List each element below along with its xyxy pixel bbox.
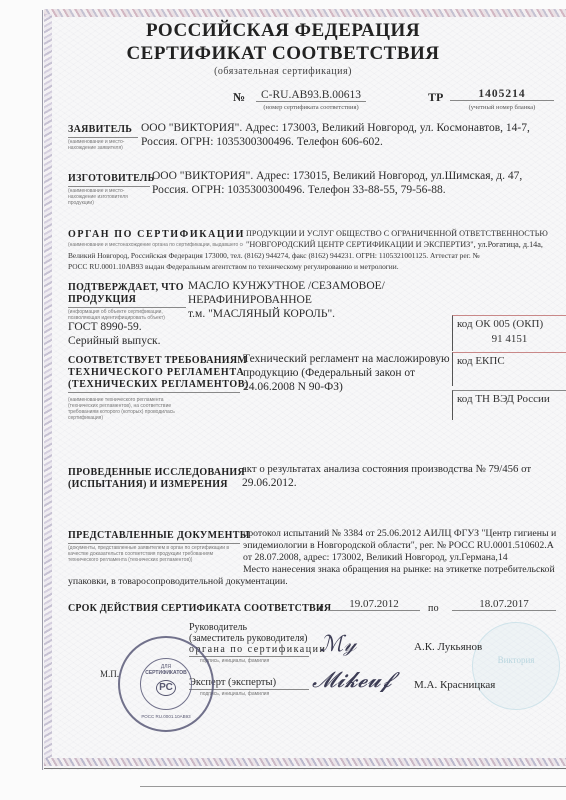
regulation-hint: (наименование технического регламента (т… — [68, 397, 188, 421]
research-label-2: (ИСПЫТАНИЯ) И ИЗМЕРЕНИЯ — [68, 479, 228, 490]
divider — [44, 768, 566, 769]
seal-ring-text: РОСС RU.0001.10АВ93 — [120, 714, 212, 719]
divider — [189, 656, 309, 657]
product-label: ПРОДУКЦИЯ — [68, 294, 136, 305]
head-title-3: органа по сертификации — [189, 644, 326, 655]
divider — [68, 543, 240, 544]
seal-place-label: М.П. — [100, 667, 119, 681]
documents-line-5: упаковки, в товаросопроводительной докум… — [68, 575, 508, 589]
expert-name: М.А. Красницкая — [414, 678, 495, 692]
validity-from-date: 19.07.2012 — [328, 598, 420, 611]
product-line-3: т.м. "МАСЛЯНЫЙ КОРОЛЬ". — [188, 307, 448, 321]
certification-body-label: ОРГАН ПО СЕРТИФИКАЦИИ — [68, 229, 245, 240]
head-name: А.К. Лукьянов — [414, 640, 482, 654]
manufacturer-line-2: Россия. ОГРН: 1035300300496. Телефон 33-… — [152, 183, 562, 197]
research-line-2: 29.06.2012. — [242, 476, 564, 490]
head-title-1: Руководитель — [189, 622, 247, 633]
product-line-1: МАСЛО КУНЖУТНОЕ /СЕЗАМОВОЕ/ — [188, 279, 448, 293]
head-signature: ℳ𝓎 — [320, 632, 356, 657]
certification-body-hint: (наименование и местонахождение органа п… — [68, 242, 243, 248]
okp-code-value: 91 4151 — [457, 333, 562, 345]
expert-signature: 𝓜𝓲𝓴𝓮𝓾𝓯 — [312, 668, 392, 693]
regulation-label-3: (ТЕХНИЧЕСКИХ РЕГЛАМЕНТОВ) — [68, 379, 249, 390]
country-title: РОССИЙСКАЯ ФЕДЕРАЦИЯ — [0, 20, 566, 42]
manufacturer-hint: (наименование и место-нахождение изготов… — [68, 188, 148, 206]
divider — [68, 392, 240, 393]
company-stamp: Виктория — [472, 622, 560, 710]
tnved-code-label: код ТН ВЭД России — [457, 393, 562, 405]
number-sign: № — [233, 90, 245, 105]
divider — [68, 186, 150, 187]
applicant-line-2: Россия. ОГРН: 1035300300496. Телефон 606… — [141, 135, 561, 149]
certification-type: (обязательная сертификация) — [0, 66, 566, 77]
product-standard: ГОСТ 8990-59. — [68, 320, 142, 334]
confirms-label: ПОДТВЕРЖДАЕТ, ЧТО — [68, 282, 184, 293]
certification-body-line-3: Великий Новгород, Российская Федерация 1… — [68, 251, 564, 261]
product-release: Серийный выпуск. — [68, 334, 161, 348]
certification-body-line-2: "НОВГОРОДСКИЙ ЦЕНТР СЕРТИФИКАЦИИ И ЭКСПЕ… — [246, 240, 564, 250]
form-number-caption: (учетный номер бланка) — [450, 104, 554, 111]
seal-text-line-2: СЕРТИФИКАТОВ — [120, 670, 212, 676]
regulation-line-1: Технический регламент на масложировую — [243, 352, 453, 366]
ekps-code-label: код ЕКПС — [457, 355, 562, 367]
decorative-border-left — [44, 14, 52, 766]
tnved-code-box: код ТН ВЭД России — [452, 390, 566, 420]
certification-body-line-4: РОСС RU.0001.10АВ93 выдан Федеральным аг… — [68, 262, 564, 272]
research-label-1: ПРОВЕДЕННЫЕ ИССЛЕДОВАНИЯ — [68, 467, 245, 478]
decorative-border-bottom — [44, 758, 566, 766]
documents-hint: (документы, представленные заявителем в … — [68, 545, 236, 563]
head-title-2: (заместитель руководителя) — [189, 633, 308, 644]
regulation-line-2: продукцию (Федеральный закон от — [243, 366, 453, 380]
applicant-hint: (наименование и место-нахождение заявите… — [68, 139, 140, 151]
certification-body-line-1: ПРОДУКЦИИ И УСЛУГ ОБЩЕСТВО С ОГРАНИЧЕННО… — [246, 229, 564, 239]
regulation-line-3: 24.06.2008 N 90-ФЗ) — [243, 380, 453, 394]
validity-to-label: по — [428, 603, 439, 614]
divider — [140, 786, 566, 787]
divider — [68, 137, 138, 138]
certificate-number-caption: (номер сертификата соответствия) — [256, 104, 366, 111]
document-title: СЕРТИФИКАТ СООТВЕТСТВИЯ — [0, 43, 566, 65]
validity-to-date: 18.07.2017 — [452, 598, 556, 611]
form-number: 1405214 — [450, 88, 554, 101]
applicant-label: ЗАЯВИТЕЛЬ — [68, 124, 132, 135]
manufacturer-line-1: ООО "ВИКТОРИЯ". Адрес: 173015, Великий Н… — [152, 169, 562, 183]
rst-mark-icon: РС — [156, 680, 176, 696]
research-line-1: акт о результатах анализа состояния прои… — [242, 462, 564, 476]
validity-label: СРОК ДЕЙСТВИЯ СЕРТИФИКАТА СООТВЕТСТВИЯ — [68, 603, 331, 614]
okp-code-label: код ОК 005 (ОКП) — [457, 318, 562, 330]
divider — [68, 307, 186, 308]
certification-seal: ДЛЯ СЕРТИФИКАТОВ РС РОСС RU.0001.10АВ93 — [118, 636, 214, 732]
regulation-label-1: СООТВЕТСТВУЕТ ТРЕБОВАНИЯМ — [68, 355, 247, 366]
ekps-code-box: код ЕКПС — [452, 352, 566, 386]
regulation-label-2: ТЕХНИЧЕСКОГО РЕГЛАМЕНТА — [68, 367, 245, 378]
certificate-number: C-RU.AB93.B.00613 — [256, 89, 366, 102]
tr-label: ТР — [428, 90, 443, 105]
okp-code-box: код ОК 005 (ОКП) 91 4151 — [452, 315, 566, 351]
documents-label: ПРЕДСТАВЛЕННЫЕ ДОКУМЕНТЫ — [68, 530, 250, 541]
decorative-border-top — [44, 9, 566, 17]
manufacturer-label: ИЗГОТОВИТЕЛЬ — [68, 173, 155, 184]
company-stamp-text: Виктория — [473, 655, 559, 665]
product-line-2: НЕРАФИНИРОВАННОЕ — [188, 293, 448, 307]
validity-from-label: с — [319, 603, 324, 614]
applicant-line-1: ООО "ВИКТОРИЯ". Адрес: 173003, Великий Н… — [141, 121, 561, 135]
